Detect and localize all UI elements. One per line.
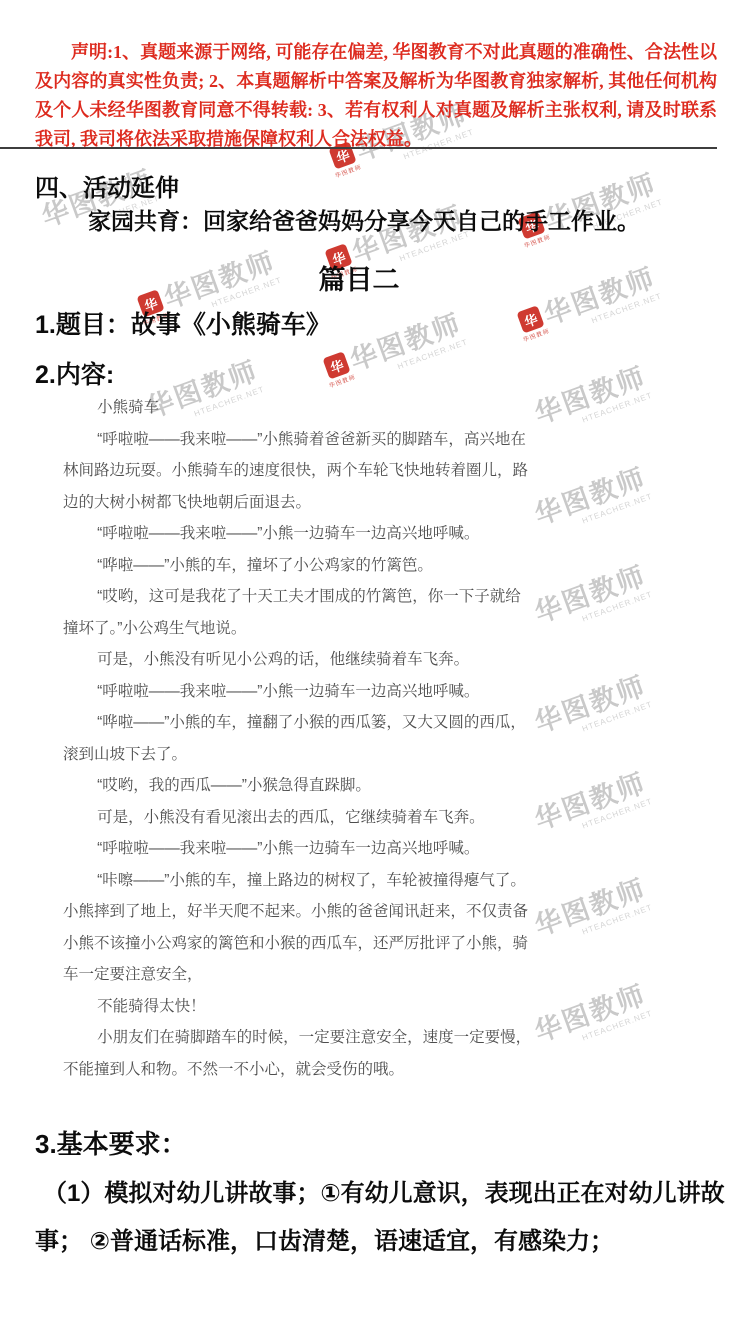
story-paragraph: 可是，小熊没有听见小公鸡的话，他继续骑着车飞奔。 xyxy=(63,644,535,676)
disclaimer-text: 声明:1、真题来源于网络, 可能存在偏差, 华图教育不对此真题的准确性、合法性以… xyxy=(35,38,717,154)
story-paragraph: 小朋友们在骑脚踏车的时候，一定要注意安全，速度一定要慢，不能撞到人和物。不然一不… xyxy=(63,1022,535,1085)
story-paragraph: “哎哟，我的西瓜——”小猴急得直跺脚。 xyxy=(63,770,535,802)
story-paragraph: “哗啦——”小熊的车，撞坏了小公鸡家的竹篱笆。 xyxy=(63,550,535,582)
story-paragraph: 可是，小熊没有看见滚出去的西瓜，它继续骑着车飞奔。 xyxy=(63,802,535,834)
requirement-line: 事； ②普通话标准，口齿清楚，语速适宜，有感染力； xyxy=(35,1218,735,1266)
disclaimer-label: 声明 xyxy=(71,42,107,62)
requirement-line: （1）模拟对幼儿讲故事；①有幼儿意识，表现出正在对幼儿讲故 xyxy=(35,1170,735,1218)
story-title-line: 小熊骑车 xyxy=(63,392,535,424)
story-paragraph: “呼啦啦——我来啦——”小熊骑着爸爸新买的脚踏车，高兴地在林间路边玩耍。小熊骑车… xyxy=(63,424,535,519)
story-paragraph: “呼啦啦——我来啦——”小熊一边骑车一边高兴地呼喊。 xyxy=(63,833,535,865)
requirements-block: （1）模拟对幼儿讲故事；①有幼儿意识，表现出正在对幼儿讲故 事； ②普通话标准，… xyxy=(35,1170,735,1266)
section-heading-activity-extension: 四、活动延伸 xyxy=(35,168,179,203)
story-paragraph: “哗啦——”小熊的车，撞翻了小猴的西瓜篓，又大又圆的西瓜，滚到山坡下去了。 xyxy=(63,707,535,770)
document-content: 声明:1、真题来源于网络, 可能存在偏差, 华图教育不对此真题的准确性、合法性以… xyxy=(0,0,748,1334)
disclaimer-body: :1、真题来源于网络, 可能存在偏差, 华图教育不对此真题的准确性、合法性以及内… xyxy=(35,42,717,149)
story-paragraph: “哎哟，这可是我花了十天工夫才围成的竹篱笆，你一下子就给撞坏了。”小公鸡生气地说… xyxy=(63,581,535,644)
document-page: 华图教师HTEACHER.NET华华图教师华图教师HTEACHER.NET华华图… xyxy=(0,0,748,1334)
story-paragraph: “呼啦啦——我来啦——”小熊一边骑车一边高兴地呼喊。 xyxy=(63,518,535,550)
home-coeducation-line: 家园共育：回家给爸爸妈妈分享今天自己的手工作业。 xyxy=(88,203,640,236)
item-requirements-label: 3.基本要求： xyxy=(35,1124,187,1161)
section-divider xyxy=(0,147,717,149)
story-paragraph: “咔嚓——”小熊的车，撞上路边的树杈了，车轮被撞得瘪气了。小熊摔到了地上，好半天… xyxy=(63,865,535,991)
story-text-block: 小熊骑车 “呼啦啦——我来啦——”小熊骑着爸爸新买的脚踏车，高兴地在林间路边玩耍… xyxy=(63,392,535,1085)
item-content-label: 2.内容: xyxy=(35,355,114,391)
part-two-title: 篇目二 xyxy=(0,258,718,297)
story-paragraph: 不能骑得太快！ xyxy=(63,991,535,1023)
story-paragraph: “呼啦啦——我来啦——”小熊一边骑车一边高兴地呼喊。 xyxy=(63,676,535,708)
item-title-label: 1.题目：故事《小熊骑车》 xyxy=(35,305,331,341)
